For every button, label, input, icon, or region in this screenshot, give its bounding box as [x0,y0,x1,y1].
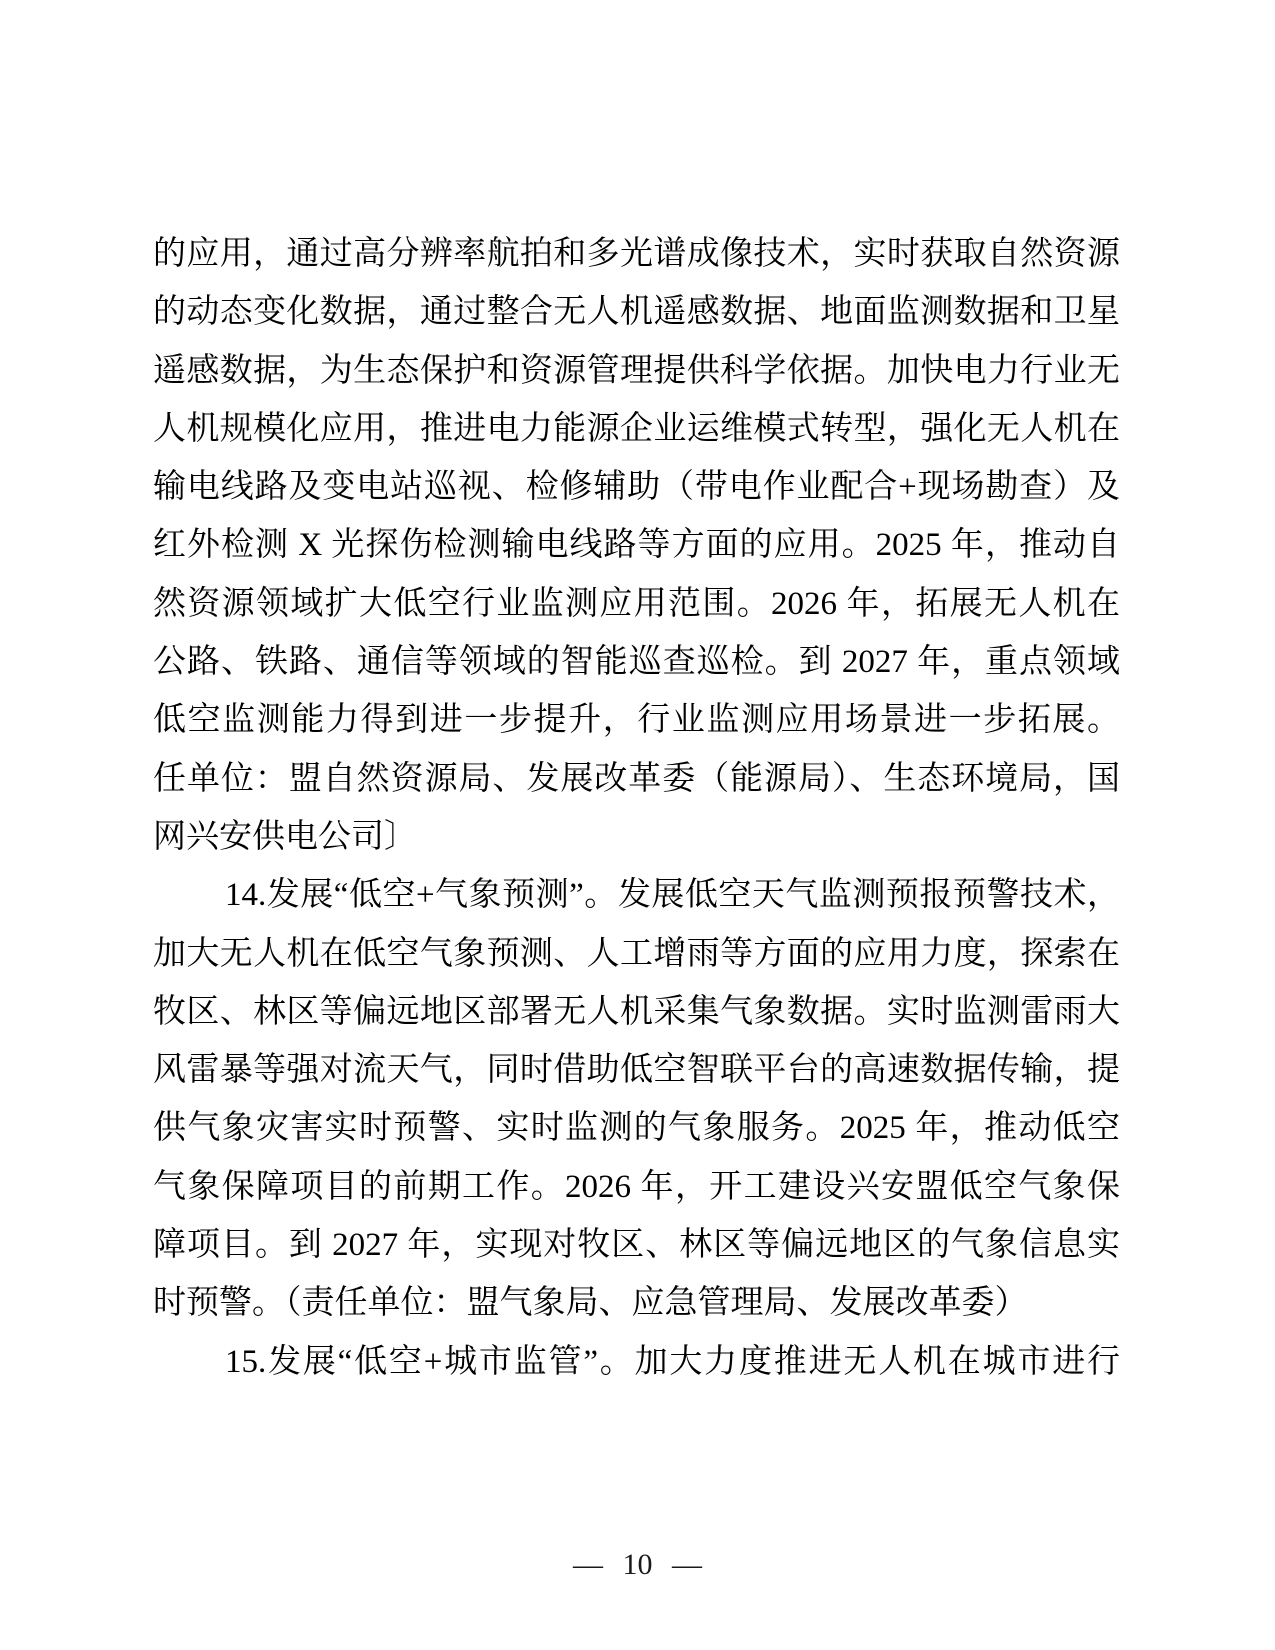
text-line: 供气象灾害实时预警、实时监测的气象服务。2025 年，推动低空 [153,1099,1120,1157]
text-line: 遥感数据，为生态保护和资源管理提供科学依据。加快电力行业无 [153,342,1120,400]
text-line: 14.发展“低空+气象预测”。发展低空天气监测预报预警技术， [153,866,1120,924]
text-line: 牧区、林区等偏远地区部署无人机采集气象数据。实时监测雷雨大 [153,983,1120,1041]
text-line: 加大无人机在低空气象预测、人工增雨等方面的应用力度，探索在 [153,925,1120,983]
text-line: 公路、铁路、通信等领域的智能巡查巡检。到 2027 年，重点领域 [153,633,1120,691]
text-line: 障项目。到 2027 年，实现对牧区、林区等偏远地区的气象信息实 [153,1216,1120,1274]
text-line: 人机规模化应用，推进电力能源企业运维模式转型，强化无人机在 [153,400,1120,458]
text-line: 输电线路及变电站巡视、检修辅助（带电作业配合+现场勘查）及 [153,458,1120,516]
text-line: 15.发展“低空+城市监管”。加大力度推进无人机在城市进行 [153,1333,1120,1391]
text-line: 然资源领域扩大低空行业监测应用范围。2026 年，拓展无人机在 [153,575,1120,633]
page-number: — 10 — [573,1548,702,1581]
text-line: 的应用，通过高分辨率航拍和多光谱成像技术，实时获取自然资源 [153,225,1120,283]
text-line: 的动态变化数据，通过整合无人机遥感数据、地面监测数据和卫星 [153,283,1120,341]
page-footer: — 10 — [0,1545,1275,1585]
document-body: 的应用，通过高分辨率航拍和多光谱成像技术，实时获取自然资源的动态变化数据，通过整… [153,225,1120,1391]
text-line: 网兴安供电公司〕 [153,808,1120,866]
text-line: 任单位：盟自然资源局、发展改革委（能源局）、生态环境局，国 [153,750,1120,808]
text-line: 低空监测能力得到进一步提升，行业监测应用场景进一步拓展。〔责 [153,691,1120,749]
text-line: 气象保障项目的前期工作。2026 年，开工建设兴安盟低空气象保 [153,1158,1120,1216]
text-line: 风雷暴等强对流天气，同时借助低空智联平台的高速数据传输，提 [153,1041,1120,1099]
document-page: 的应用，通过高分辨率航拍和多光谱成像技术，实时获取自然资源的动态变化数据，通过整… [0,0,1275,1650]
text-line: 红外检测 X 光探伤检测输电线路等方面的应用。2025 年，推动自 [153,516,1120,574]
text-line: 时预警。（责任单位：盟气象局、应急管理局、发展改革委） [153,1274,1120,1332]
